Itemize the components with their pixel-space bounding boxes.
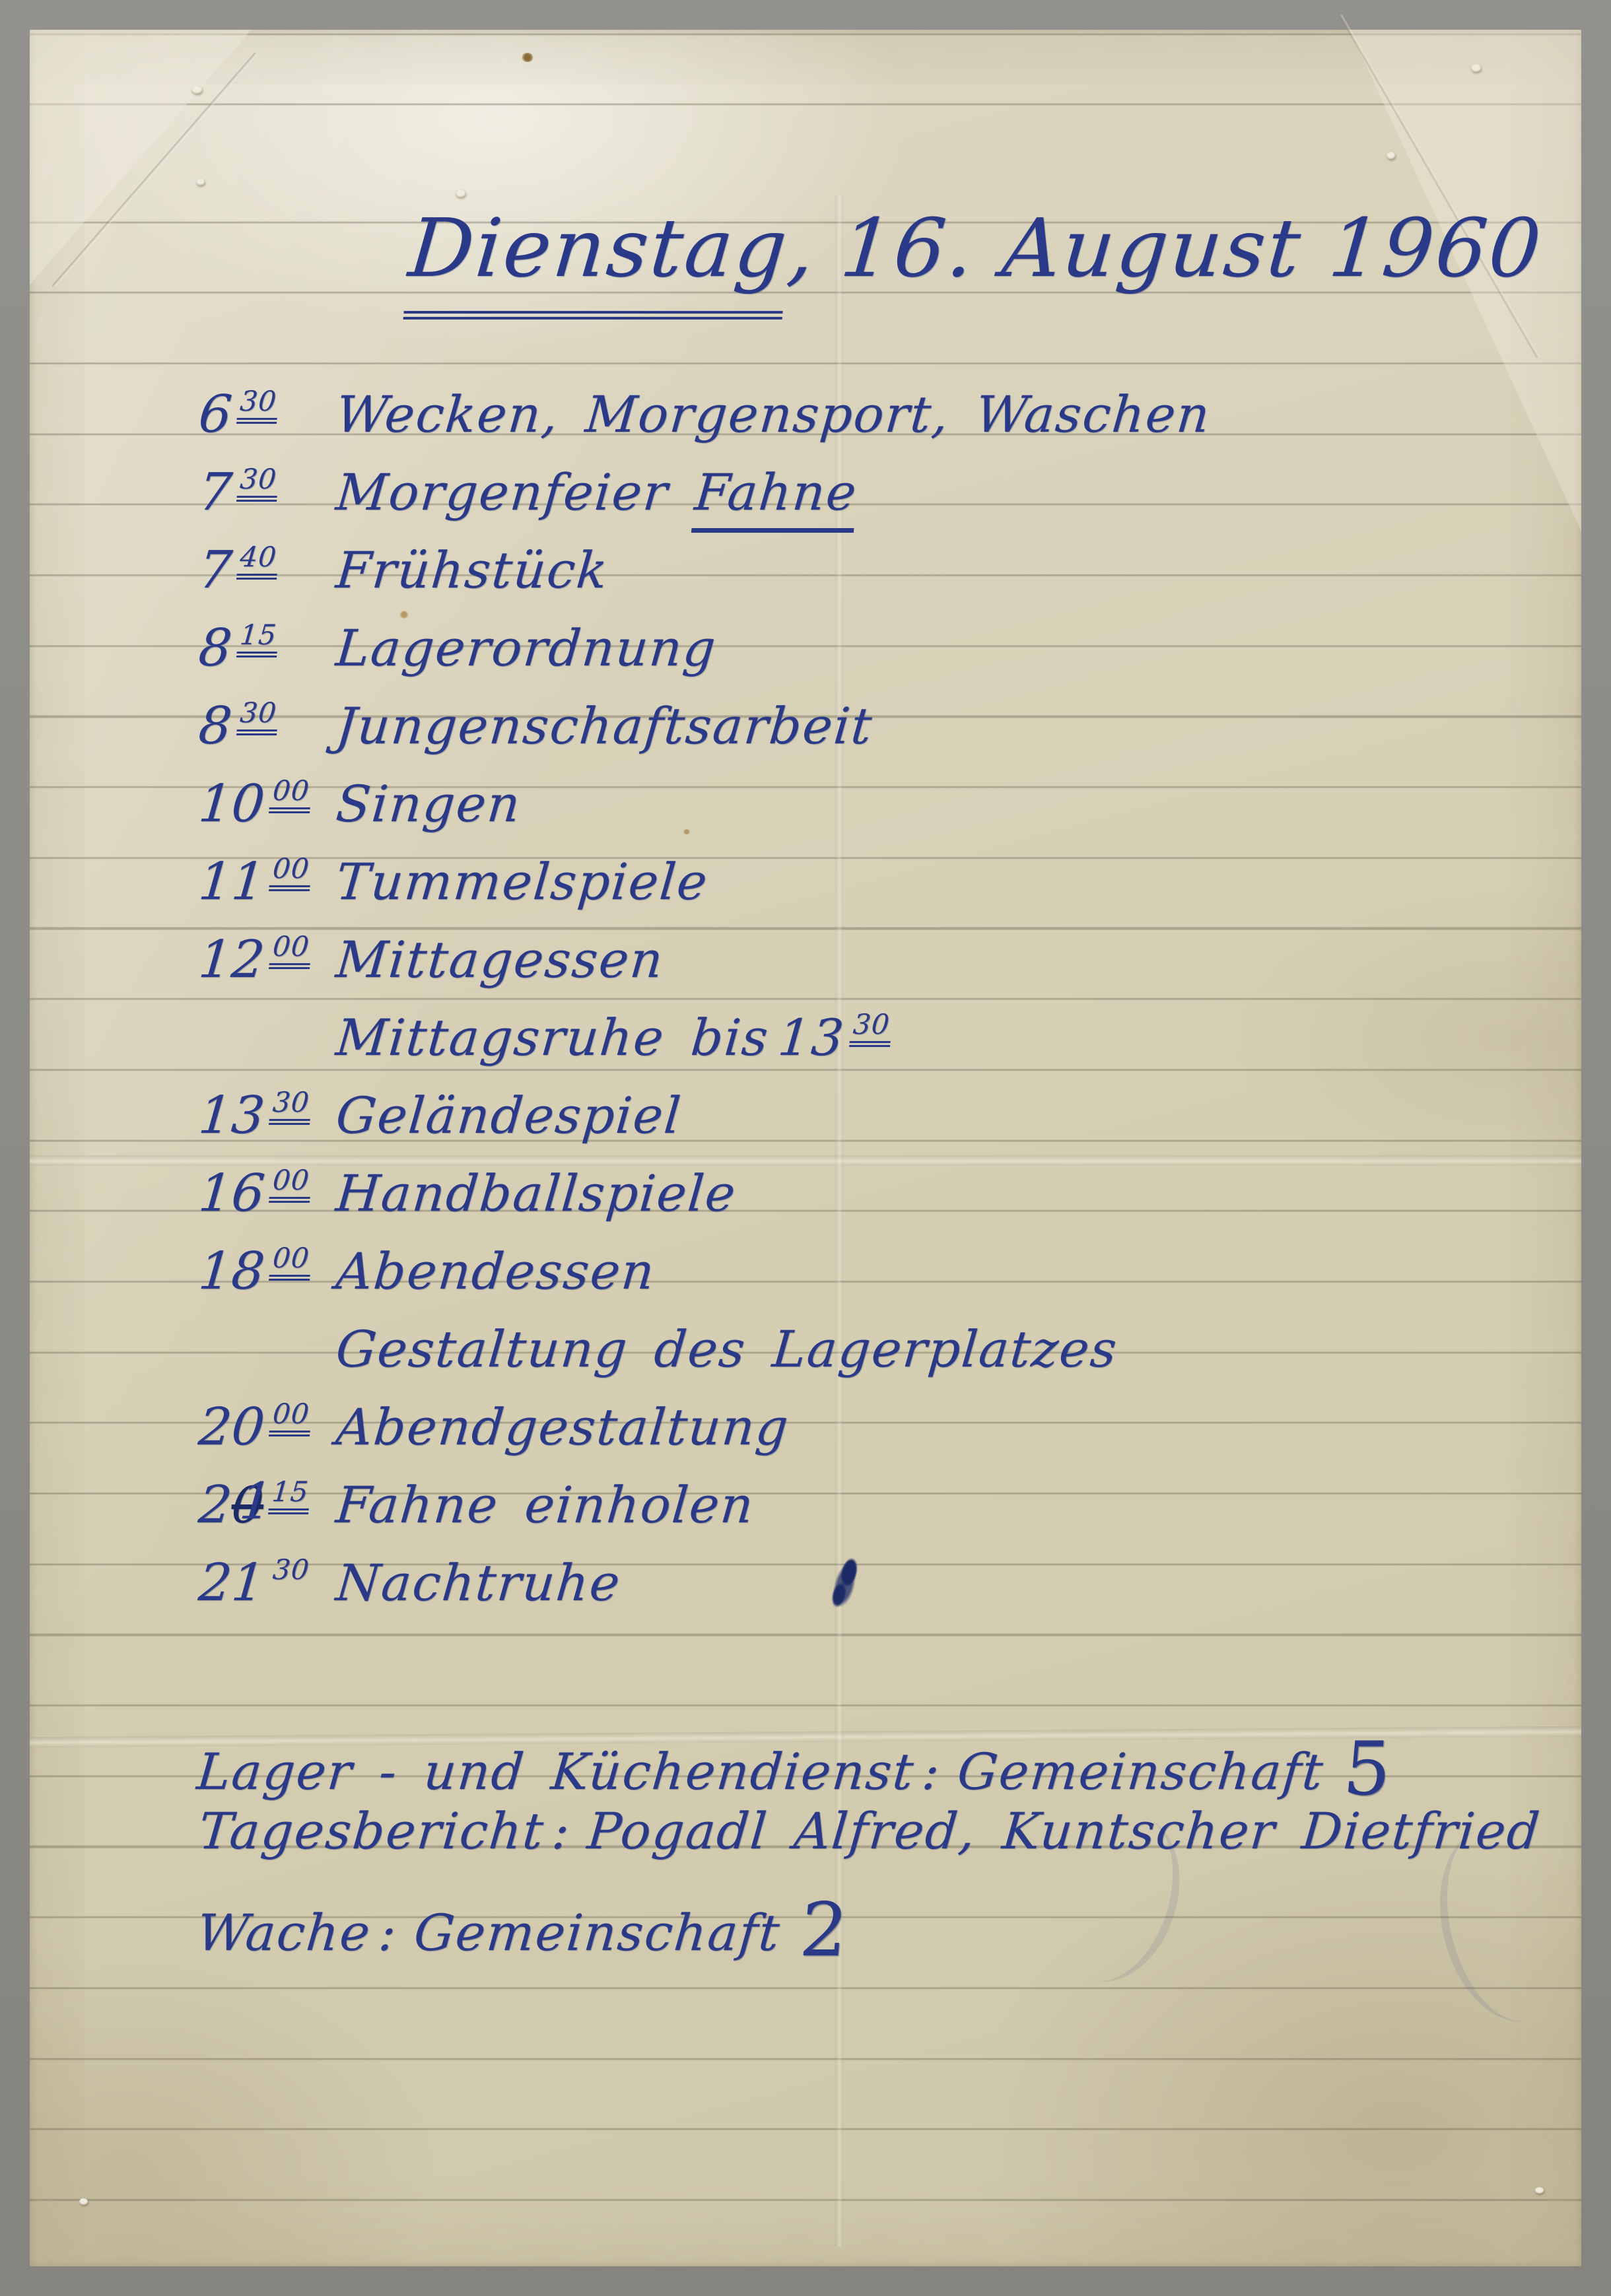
schedule-activity: Abendgestaltung xyxy=(333,1398,792,1456)
schedule-activity: Mittagsruhe bis1330 xyxy=(333,1008,893,1067)
time-minutes: 15 xyxy=(268,1478,312,1514)
duty-list: Lager - und Küchendienst:Gemeinschaft5Ta… xyxy=(198,1721,1540,1963)
duty-row: Lager - und Küchendienst:Gemeinschaft5 xyxy=(195,1721,1543,1802)
duty-group-number: 2 xyxy=(797,1887,853,1973)
paper-dimple xyxy=(456,189,465,197)
schedule-row: 1100Tummelspiele xyxy=(195,852,1213,930)
schedule-row: 1330Geländespiel xyxy=(195,1086,1213,1164)
time-minutes: 00 xyxy=(269,1166,312,1203)
time-hour: 11 xyxy=(196,852,267,912)
schedule-time: 730 xyxy=(196,463,339,523)
duty-label: Lager - und Küchendienst xyxy=(195,1742,917,1801)
schedule-row: 740Frühstück xyxy=(195,541,1213,619)
schedule-activity: Tummelspiele xyxy=(333,852,710,911)
duty-value: Pogadl Alfred, Kuntscher Dietfried xyxy=(585,1802,1543,1860)
duty-value: Gemeinschaft xyxy=(412,1903,783,1962)
schedule-time: 1330 xyxy=(196,1086,339,1146)
schedule-row: Gestaltung des Lagerplatzes xyxy=(195,1320,1213,1398)
schedule-time: 1100 xyxy=(196,852,339,912)
duty-label: Wache xyxy=(195,1903,374,1962)
time-minutes: 00 xyxy=(269,777,312,813)
schedule-row: 815Lagerordnung xyxy=(195,619,1213,696)
paper-hole xyxy=(191,86,202,94)
schedule-activity: Lagerordnung xyxy=(333,619,719,677)
time-hour: 10 xyxy=(196,774,267,834)
schedule-time: 2130 xyxy=(196,1553,339,1613)
inline-time-hour: 13 xyxy=(776,1008,848,1067)
schedule-time: 740 xyxy=(196,541,339,601)
time-hour: 8 xyxy=(196,619,234,678)
schedule-activity: Jungenschaftsarbeit xyxy=(333,696,875,755)
time-minutes: 00 xyxy=(269,933,312,969)
schedule-activity: Gestaltung des Lagerplatzes xyxy=(333,1320,1120,1378)
time-minutes: 00 xyxy=(269,1244,312,1281)
scan-frame: Dienstag,16. August 1960 630Wecken, Morg… xyxy=(0,0,1611,2296)
schedule-activity: Geländespiel xyxy=(333,1086,684,1145)
schedule-time: 630 xyxy=(196,385,339,445)
schedule-time: 2000 xyxy=(196,1398,339,1458)
schedule-time: 1800 xyxy=(196,1242,339,1302)
schedule-row: 1600Handballspiele xyxy=(195,1164,1213,1242)
time-hour: 13 xyxy=(196,1086,267,1145)
schedule-time: 20115 xyxy=(196,1475,339,1536)
duty-group-number: 5 xyxy=(1340,1726,1396,1812)
duty-row: Wache:Gemeinschaft2 xyxy=(195,1882,1543,1963)
time-hour: 7 xyxy=(196,463,234,522)
schedule-activity: Morgenfeier Fahne xyxy=(333,463,860,533)
paper-hole xyxy=(1471,64,1481,72)
schedule-row: 2130Nachtruhe xyxy=(195,1553,1213,1631)
time-minutes: 30 xyxy=(236,465,280,502)
underlined-word: Fahne xyxy=(691,463,860,533)
schedule-row: Mittagsruhe bis1330 xyxy=(195,1008,1213,1086)
time-hour: 6 xyxy=(196,385,234,444)
schedule-activity: Mittagessen xyxy=(333,930,666,989)
schedule-activity: Singen xyxy=(333,774,524,833)
schedule-time: 1200 xyxy=(196,930,339,990)
schedule-time: 815 xyxy=(196,619,339,679)
schedule-row: 630Wecken, Morgensport, Waschen xyxy=(195,385,1213,463)
time-minutes: 00 xyxy=(269,855,312,891)
paper-dimple xyxy=(1387,152,1395,159)
duty-row: Tagesbericht:Pogadl Alfred, Kuntscher Di… xyxy=(195,1802,1543,1882)
inline-time-minutes: 30 xyxy=(849,1011,893,1047)
time-minutes: 30 xyxy=(236,388,280,424)
time-hour-corrected: 01 xyxy=(229,1475,266,1534)
schedule-activity: Abendessen xyxy=(333,1242,658,1300)
time-hour: 2 xyxy=(196,1475,234,1535)
page-title: Dienstag,16. August 1960 xyxy=(405,201,1546,295)
schedule-activity: Handballspiele xyxy=(333,1164,739,1223)
schedule-activity: Nachtruhe xyxy=(333,1553,623,1612)
paper-stain xyxy=(522,53,533,62)
time-hour: 16 xyxy=(196,1164,267,1223)
time-minutes: 30 xyxy=(236,699,280,735)
schedule-row: 20115Fahne einholen xyxy=(195,1475,1213,1553)
title-date: 16. August 1960 xyxy=(837,201,1546,295)
schedule-row: 1800Abendessen xyxy=(195,1242,1213,1320)
paper-sheet: Dienstag,16. August 1960 630Wecken, Morg… xyxy=(30,30,1581,2266)
schedule-row: 1200Mittagessen xyxy=(195,930,1213,1008)
time-minutes: 00 xyxy=(269,1400,312,1436)
title-day: Dienstag xyxy=(403,201,793,320)
time-hour: 18 xyxy=(196,1242,267,1301)
schedule-row: 1000Singen xyxy=(195,774,1213,852)
schedule-time: 1600 xyxy=(196,1164,339,1224)
duty-value: Gemeinschaft xyxy=(955,1742,1326,1801)
time-hour: 7 xyxy=(196,541,234,600)
schedule-row: 2000Abendgestaltung xyxy=(195,1398,1213,1475)
time-minutes: 15 xyxy=(236,621,280,658)
time-minutes: 30 xyxy=(269,1556,312,1586)
time-hour: 12 xyxy=(196,930,267,990)
paper-dimple xyxy=(1535,2187,1544,2194)
time-hour: 20 xyxy=(196,1398,267,1457)
duty-colon: : xyxy=(376,1903,399,1962)
schedule-row: 830Jungenschaftsarbeit xyxy=(195,696,1213,774)
schedule-activity: Frühstück xyxy=(333,541,611,599)
schedule-activity: Fahne einholen xyxy=(333,1475,757,1534)
schedule-activity: Wecken, Morgensport, Waschen xyxy=(333,385,1213,444)
paper-hole xyxy=(196,178,205,186)
duty-colon: : xyxy=(550,1802,573,1860)
time-hour: 8 xyxy=(196,696,234,756)
time-minutes: 40 xyxy=(236,543,280,580)
schedule-time: 1000 xyxy=(196,774,339,834)
duty-colon: : xyxy=(920,1742,943,1801)
schedule-row: 730Morgenfeier Fahne xyxy=(195,463,1213,541)
schedule-time: 830 xyxy=(196,696,339,757)
schedule-list: 630Wecken, Morgensport, Waschen730Morgen… xyxy=(198,385,1210,1631)
duty-label: Tagesbericht xyxy=(197,1802,547,1860)
paper-dimple xyxy=(79,2198,88,2205)
time-hour: 21 xyxy=(196,1553,267,1613)
time-minutes: 30 xyxy=(269,1089,312,1125)
